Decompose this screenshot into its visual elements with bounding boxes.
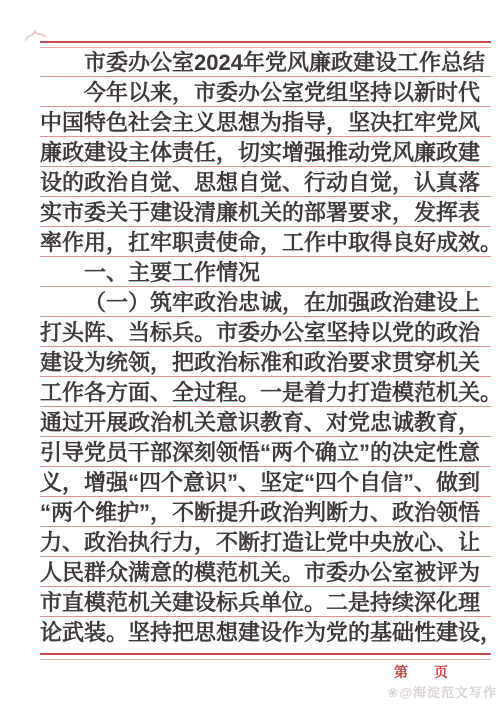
text-line: 引导党员干部深刻领悟“两个确立”的决定性意 bbox=[40, 437, 491, 467]
bottom-border-thin bbox=[40, 659, 491, 660]
top-border-thick bbox=[40, 41, 491, 43]
document-page: 市委办公室2024年党风廉政建设工作总结今年以来，市委办公室党组坚持以新时代中国… bbox=[0, 0, 500, 707]
text-line: 一、主要工作情况 bbox=[40, 257, 491, 287]
text-line: 实市委关于建设清廉机关的部署要求，发挥表 bbox=[40, 197, 491, 227]
text-line: 通过开展政治机关意识教育、对党忠诚教育， bbox=[40, 407, 491, 437]
watermark-text: ❀@海淀范文写作 bbox=[387, 682, 497, 701]
text-line: 中国特色社会主义思想为指导，坚决扛牢党风 bbox=[40, 107, 491, 137]
text-line: 建设为统领，把政治标准和政治要求贯穿机关 bbox=[40, 347, 491, 377]
text-line: 廉政建设主体责任，切实增强推动党风廉政建 bbox=[40, 137, 491, 167]
text-line: 人民群众满意的模范机关。市委办公室被评为 bbox=[40, 557, 491, 587]
text-line: 今年以来，市委办公室党组坚持以新时代 bbox=[40, 77, 491, 107]
text-line: 论武装。坚持把思想建设作为党的基础性建设， bbox=[40, 617, 491, 647]
text-line: “两个维护”，不断提升政治判断力、政治领悟 bbox=[40, 497, 491, 527]
text-line: 义，增强“四个意识”、坚定“四个自信”、做到 bbox=[40, 467, 491, 497]
text-line: 设的政治自觉、思想自觉、行动自觉，认真落 bbox=[40, 167, 491, 197]
page-number-footer: 第 页 bbox=[394, 662, 448, 682]
text-line: 市直模范机关建设标兵单位。二是持续深化理 bbox=[40, 587, 491, 617]
text-line: 打头阵、当标兵。市委办公室坚持以党的政治 bbox=[40, 317, 491, 347]
page-number-suffix: 页 bbox=[434, 662, 448, 682]
text-line: 工作各方面、全过程。一是着力打造模范机关。 bbox=[40, 377, 491, 407]
document-title: 市委办公室2024年党风廉政建设工作总结 bbox=[40, 47, 491, 77]
text-line: 率作用，扛牢职责使命，工作中取得良好成效。 bbox=[40, 227, 491, 257]
document-lines: 市委办公室2024年党风廉政建设工作总结今年以来，市委办公室党组坚持以新时代中国… bbox=[40, 47, 491, 647]
bottom-border-thick bbox=[40, 653, 491, 655]
text-line: （一）筑牢政治忠诚，在加强政治建设上 bbox=[40, 287, 491, 317]
text-line: 力、政治执行力，不断打造让党中央放心、让 bbox=[40, 527, 491, 557]
page-number-prefix: 第 bbox=[394, 662, 408, 682]
